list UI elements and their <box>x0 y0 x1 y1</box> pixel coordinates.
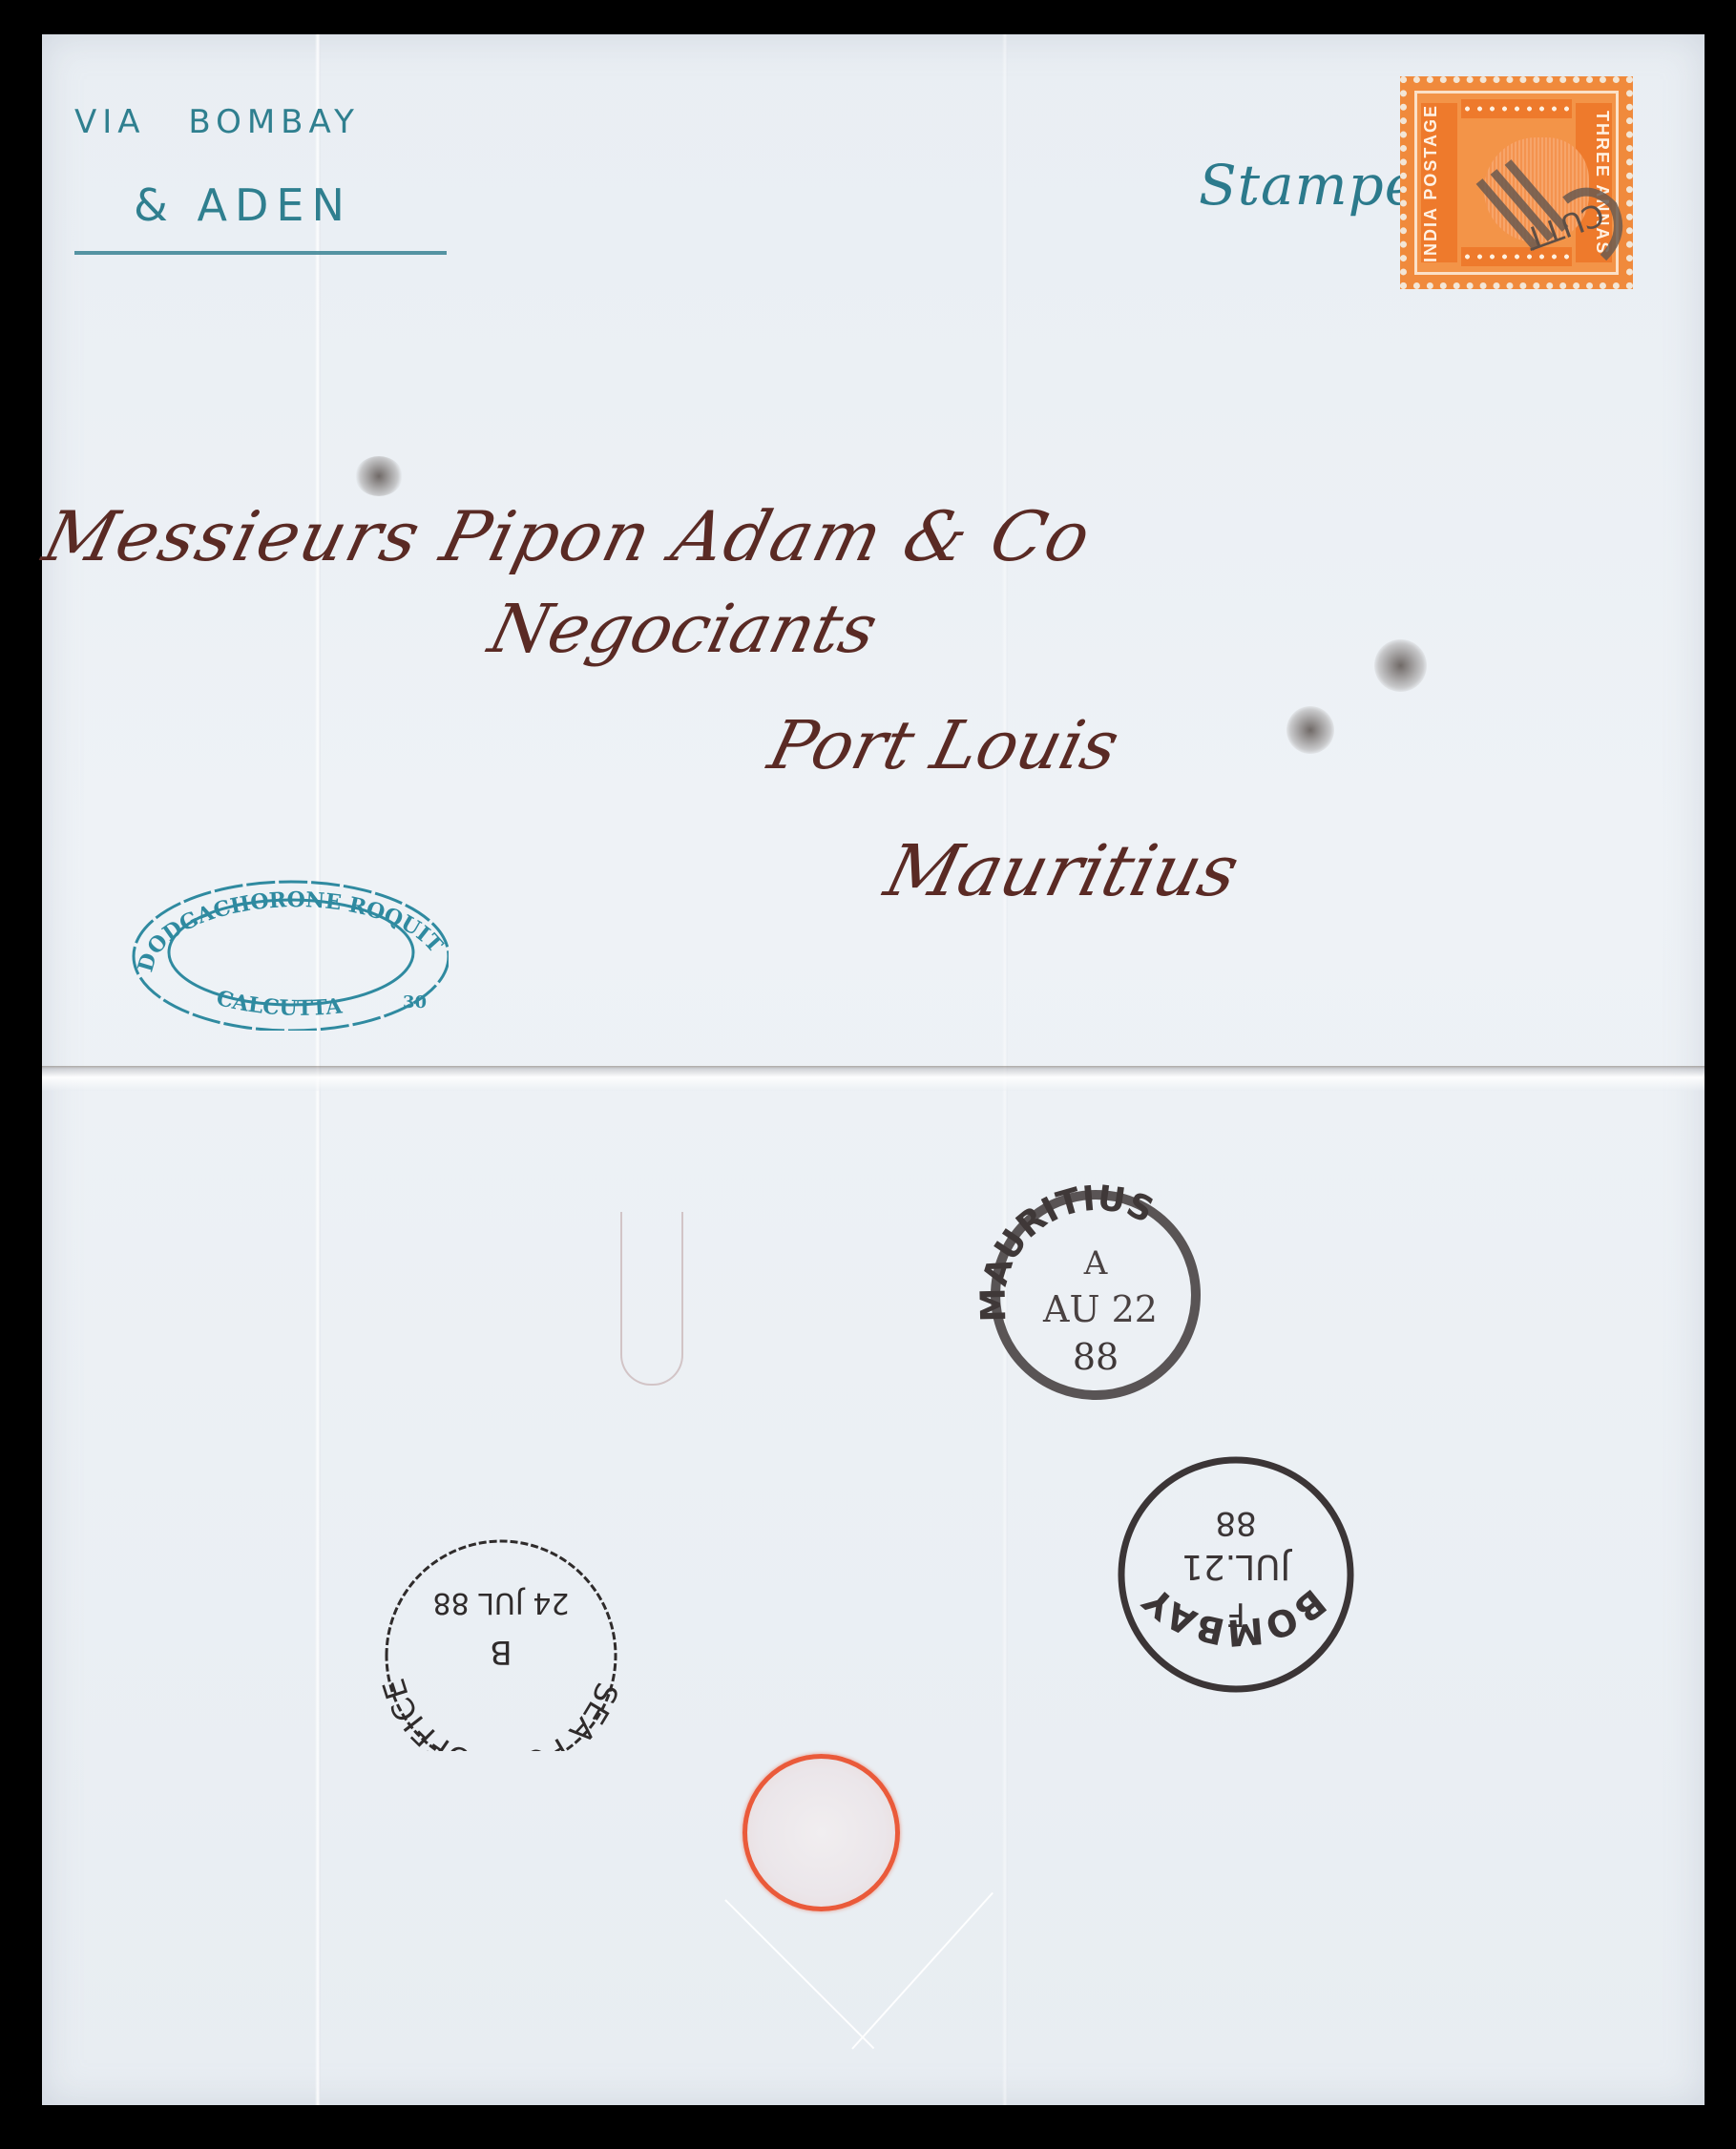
ink-blot <box>355 456 403 496</box>
svg-text:24 JUL 88: 24 JUL 88 <box>433 1586 570 1619</box>
svg-text:88: 88 <box>1215 1504 1256 1542</box>
svg-text:88: 88 <box>1073 1336 1119 1378</box>
svg-text:30: 30 <box>403 992 427 1012</box>
svg-text:CALCUTTA: CALCUTTA <box>214 986 345 1021</box>
svg-text:B: B <box>490 1633 512 1671</box>
stamp-ornament-band <box>1461 99 1572 118</box>
stamp-left-label: INDIA POSTAGE <box>1421 103 1457 262</box>
svg-text:CUTT: CUTT <box>1520 196 1609 258</box>
postmark-mauritius: MAURITIUS A AU 22 88 <box>969 1179 1222 1412</box>
postmark-bombay: BOMBAY F JUL.21 88 <box>1107 1450 1365 1699</box>
sender-oval-handstamp: DODGACHORONE ROQUITTA CALCUTTA 30 <box>124 868 449 1031</box>
postmark-sea-post-office: SEA POST OFFICE B 24 JUL 88 <box>367 1513 635 1751</box>
address-line-3: Port Louis <box>762 706 1127 784</box>
route-line-2: & ADEN <box>134 179 352 231</box>
address-line-2: Negociants <box>482 590 886 668</box>
svg-text:AU 22: AU 22 <box>1042 1288 1158 1330</box>
ink-blot <box>1286 706 1334 754</box>
route-underline <box>74 251 447 255</box>
address-line-4: Mauritius <box>877 830 1246 912</box>
horizontal-fold <box>42 1066 1705 1091</box>
svg-text:A: A <box>1083 1244 1108 1283</box>
address-line-1: Messieurs Pipon Adam & Co <box>36 496 1100 576</box>
wax-seal-remnant <box>743 1754 900 1911</box>
svg-text:DODGACHORONE ROQUITTA: DODGACHORONE ROQUITTA <box>124 868 448 974</box>
svg-text:SEA POST OFFICE: SEA POST OFFICE <box>375 1675 625 1751</box>
svg-text:F: F <box>1226 1595 1245 1633</box>
ink-blot <box>1374 639 1427 692</box>
route-line-1: VIA BOMBAY <box>74 103 360 141</box>
duplex-cancel: CUTT <box>1470 143 1642 277</box>
pencil-mark <box>620 1212 683 1386</box>
svg-text:JUL.21: JUL.21 <box>1182 1547 1292 1586</box>
